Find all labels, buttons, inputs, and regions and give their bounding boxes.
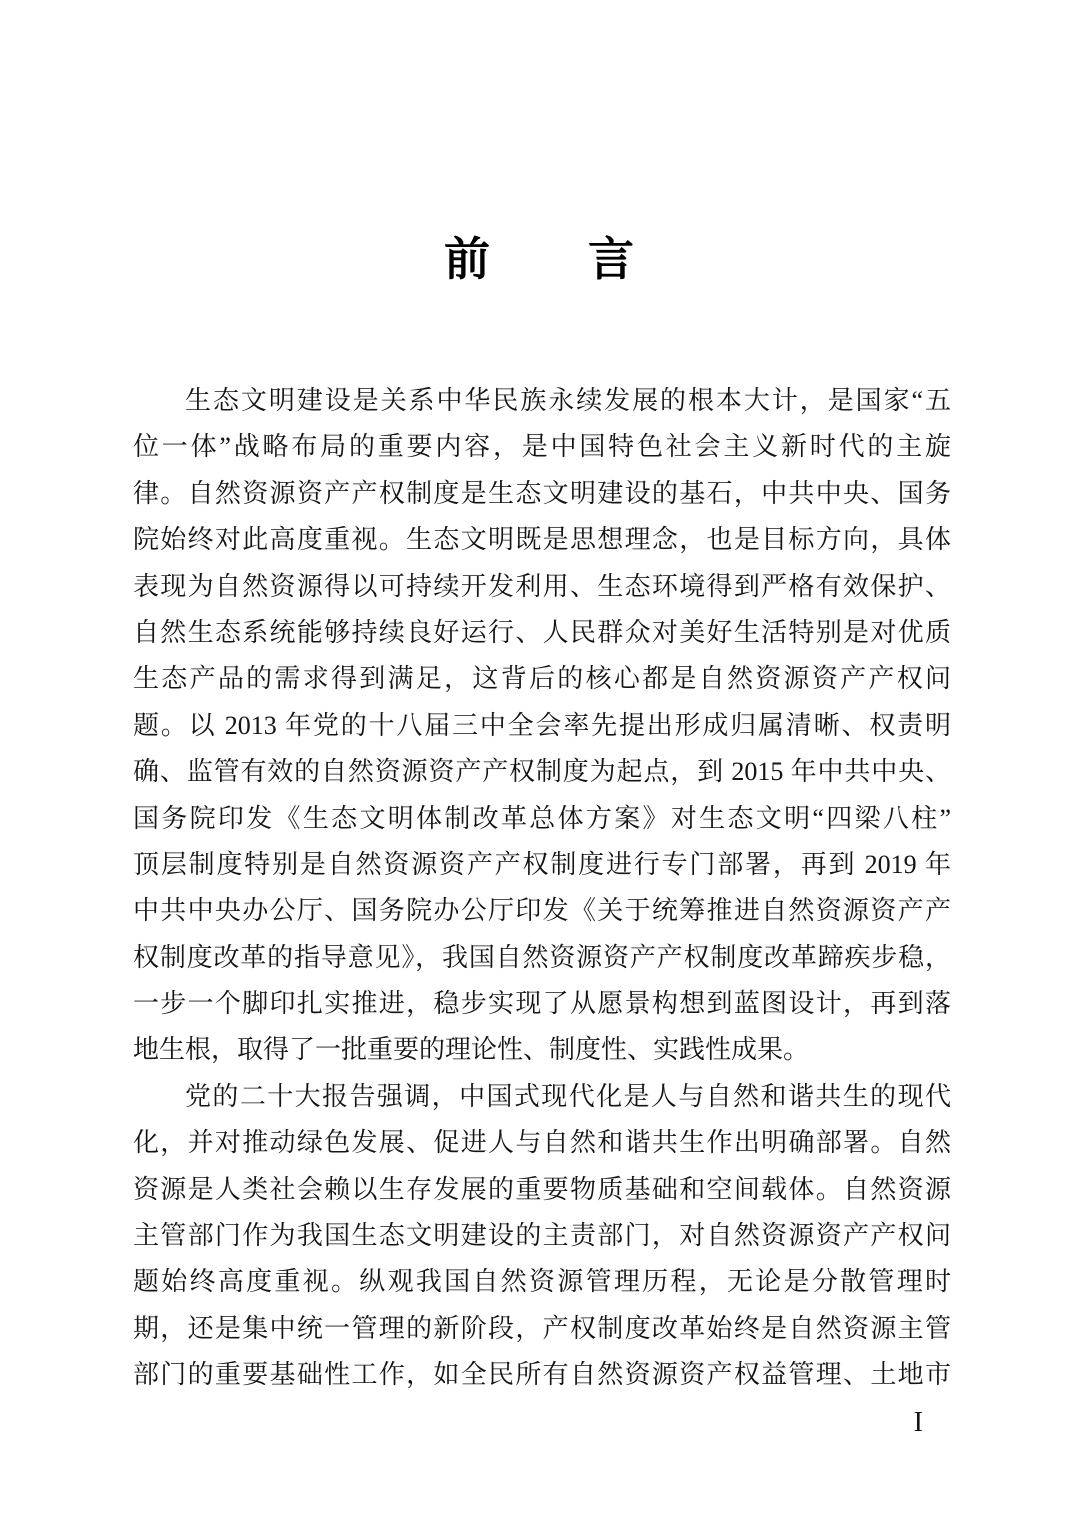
text-line: 部门的重要基础性工作，如全民所有自然资源资产权益管理、土地市 xyxy=(133,1352,951,1398)
paragraph: 生态文明建设是关系中华民族永续发展的根本大计，是国家“五位一体”战略布局的重要内… xyxy=(133,378,951,1074)
text-line: 题。以 2013 年党的十八届三中全会率先提出形成归属清晰、权责明 xyxy=(133,703,951,749)
text-line: 化，并对推动绿色发展、促进人与自然和谐共生作出明确部署。自然 xyxy=(133,1120,951,1166)
text-line: 表现为自然资源得以可持续开发利用、生态环境得到严格有效保护、 xyxy=(133,564,951,610)
text-line: 位一体”战略布局的重要内容，是中国特色社会主义新时代的主旋 xyxy=(133,424,951,470)
text-line: 期，还是集中统一管理的新阶段，产权制度改革始终是自然资源主管 xyxy=(133,1306,951,1352)
text-line: 中共中央办公厅、国务院办公厅印发《关于统筹推进自然资源资产产 xyxy=(133,888,951,934)
text-line: 生态产品的需求得到满足，这背后的核心都是自然资源资产产权问 xyxy=(133,656,951,702)
text-line: 国务院印发《生态文明体制改革总体方案》对生态文明“四梁八柱” xyxy=(133,796,951,842)
text-line: 一步一个脚印扎实推进，稳步实现了从愿景构想到蓝图设计，再到落 xyxy=(133,981,951,1027)
text-line: 律。自然资源资产产权制度是生态文明建设的基石，中共中央、国务 xyxy=(133,471,951,517)
text-line: 题始终高度重视。纵观我国自然资源管理历程，无论是分散管理时 xyxy=(133,1259,951,1305)
text-line: 确、监管有效的自然资源资产产权制度为起点，到 2015 年中共中央、 xyxy=(133,749,951,795)
text-line: 权制度改革的指导意见》，我国自然资源资产产权制度改革蹄疾步稳， xyxy=(133,935,951,981)
paragraph: 党的二十大报告强调，中国式现代化是人与自然和谐共生的现代化，并对推动绿色发展、促… xyxy=(133,1074,951,1399)
text-line: 资源是人类社会赖以生存发展的重要物质基础和空间载体。自然资源 xyxy=(133,1167,951,1213)
text-line: 主管部门作为我国生态文明建设的主责部门，对自然资源资产产权问 xyxy=(133,1213,951,1259)
text-line: 地生根，取得了一批重要的理论性、制度性、实践性成果。 xyxy=(133,1027,951,1073)
page-title: 前 言 xyxy=(0,234,1080,285)
text-line: 党的二十大报告强调，中国式现代化是人与自然和谐共生的现代 xyxy=(133,1074,951,1120)
text-line: 院始终对此高度重视。生态文明既是思想理念，也是目标方向，具体 xyxy=(133,517,951,563)
document-body: 生态文明建设是关系中华民族永续发展的根本大计，是国家“五位一体”战略布局的重要内… xyxy=(133,378,951,1399)
text-line: 生态文明建设是关系中华民族永续发展的根本大计，是国家“五 xyxy=(133,378,951,424)
text-line: 自然生态系统能够持续良好运行、人民群众对美好生活特别是对优质 xyxy=(133,610,951,656)
text-line: 顶层制度特别是自然资源资产产权制度进行专门部署，再到 2019 年 xyxy=(133,842,951,888)
page-number: I xyxy=(914,1406,923,1440)
document-page: 前 言 生态文明建设是关系中华民族永续发展的根本大计，是国家“五位一体”战略布局… xyxy=(0,0,1080,1524)
